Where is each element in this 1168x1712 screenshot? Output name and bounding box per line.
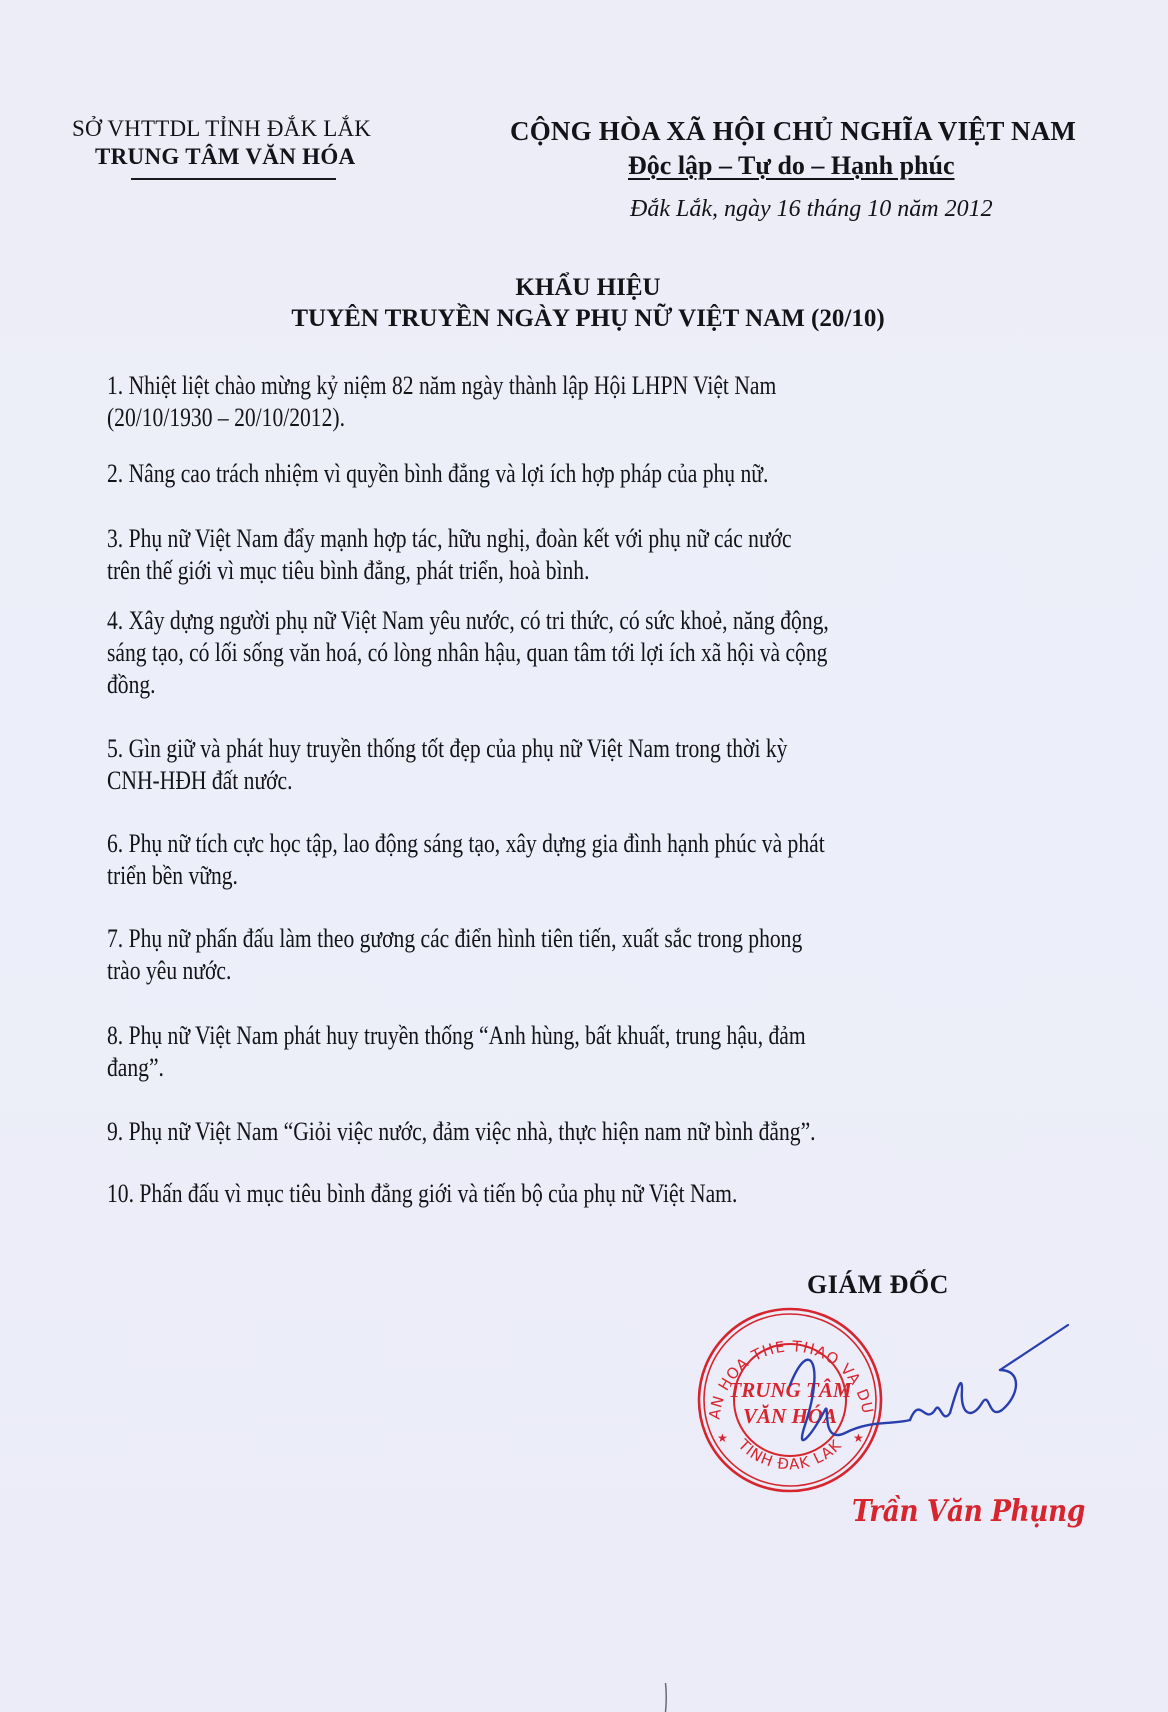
document-subtitle: TUYÊN TRUYỀN NGÀY PHỤ NỮ VIỆT NAM (20/10…	[0, 305, 1168, 333]
slogan-line: 6. Phụ nữ tích cực học tập, lao động sán…	[107, 828, 825, 860]
slogan-line: 10. Phấn đấu vì mục tiêu bình đẳng giới …	[107, 1178, 737, 1210]
slogan-line: đang”.	[107, 1052, 164, 1084]
slogan-line: triển bền vững.	[107, 860, 238, 892]
slogan-line: 3. Phụ nữ Việt Nam đẩy mạnh hợp tác, hữu…	[107, 523, 792, 555]
slogan-line: trào yêu nước.	[107, 955, 231, 987]
signatory-title: GIÁM ĐỐC	[807, 1270, 949, 1300]
slogan-line: 4. Xây dựng người phụ nữ Việt Nam yêu nư…	[107, 605, 829, 637]
slogan-line: 5. Gìn giữ và phát huy truyền thống tốt …	[107, 733, 787, 765]
slogan-line: 8. Phụ nữ Việt Nam phát huy truyền thống…	[107, 1020, 806, 1052]
slogan-line: 1. Nhiệt liệt chào mừng kỷ niệm 82 năm n…	[107, 370, 776, 402]
parent-organization: SỞ VHTTDL TỈNH ĐẮK LẮK	[72, 116, 371, 142]
slogan-line: 7. Phụ nữ phấn đấu làm theo gương các đi…	[107, 923, 802, 955]
scan-mark	[664, 1683, 667, 1712]
document-page: SỞ VHTTDL TỈNH ĐẮK LẮK TRUNG TÂM VĂN HÓA…	[0, 0, 1168, 1712]
slogan-line: CNH-HĐH đất nước.	[107, 765, 293, 797]
slogan-line: (20/10/1930 – 20/10/2012).	[107, 402, 345, 434]
header-divider	[131, 178, 336, 180]
slogan-line: 2. Nâng cao trách nhiệm vì quyền bình đẳ…	[107, 458, 768, 490]
document-title: KHẨU HIỆU	[0, 274, 1168, 302]
slogan-line: đồng.	[107, 669, 156, 701]
handwritten-signature-icon	[750, 1315, 1080, 1475]
slogan-line: sáng tạo, có lối sống văn hoá, có lòng n…	[107, 637, 827, 669]
signer-name: Trần Văn Phụng	[852, 1494, 1085, 1529]
slogan-line: 9. Phụ nữ Việt Nam “Giỏi việc nước, đảm …	[107, 1116, 816, 1148]
national-motto: Độc lập – Tự do – Hạnh phúc	[628, 151, 955, 181]
national-title: CỘNG HÒA XÃ HỘI CHỦ NGHĨA VIỆT NAM	[510, 116, 1076, 147]
organization-name: TRUNG TÂM VĂN HÓA	[95, 144, 355, 170]
slogan-line: trên thế giới vì mục tiêu bình đẳng, phá…	[107, 555, 589, 587]
place-date: Đắk Lắk, ngày 16 tháng 10 năm 2012	[630, 196, 993, 223]
svg-text:★: ★	[717, 1431, 728, 1445]
